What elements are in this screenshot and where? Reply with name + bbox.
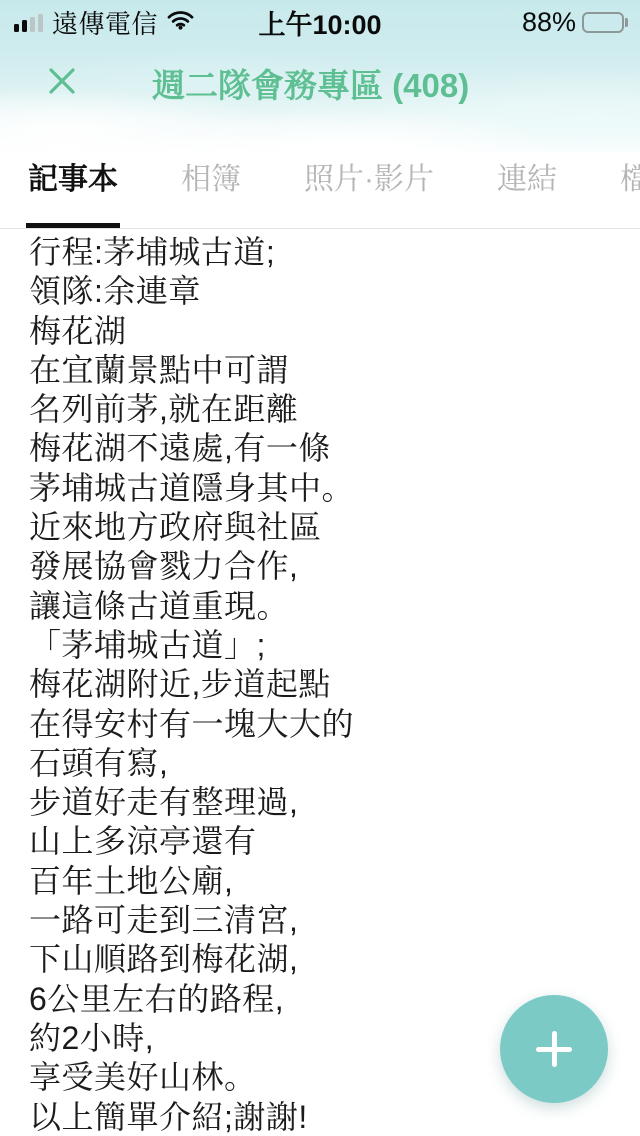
close-button[interactable] xyxy=(44,64,80,100)
line-notes-screen: 遠傳電信 上午10:00 88% xyxy=(0,0,640,1136)
note-line: 名列前茅,就在距離 xyxy=(29,390,622,429)
note-line: 讓這條古道重現。 xyxy=(29,587,622,626)
tab-photos-videos[interactable]: 照片·影片 xyxy=(302,154,436,228)
note-line: 在宜蘭景點中可謂 xyxy=(29,351,622,390)
note-line: 石頭有寫, xyxy=(29,744,622,783)
tab-albums[interactable]: 相簿 xyxy=(179,154,243,228)
note-line: 百年土地公廟, xyxy=(29,862,622,901)
page-title: 週二隊會務專區 (408) xyxy=(152,66,469,106)
note-line: 山上多涼亭還有 xyxy=(29,822,622,861)
status-bar: 遠傳電信 上午10:00 88% xyxy=(0,0,640,44)
note-line: 梅花湖不遠處,有一條 xyxy=(29,429,622,468)
nav-header: 週二隊會務專區 (408) xyxy=(0,44,640,150)
tab-notes[interactable]: 記事本 xyxy=(26,154,120,228)
create-note-fab[interactable] xyxy=(500,995,608,1103)
close-icon xyxy=(47,66,77,99)
note-line: 步道好走有整理過, xyxy=(29,783,622,822)
tab-bar: 記事本 相簿 照片·影片 連結 檔案 xyxy=(0,150,640,229)
note-line: 梅花湖附近,步道起點 xyxy=(29,665,622,704)
battery-icon xyxy=(582,12,628,33)
note-line: 茅埔城古道隱身其中。 xyxy=(29,469,622,508)
note-line: 「茅埔城古道」; xyxy=(29,626,622,665)
battery-percent-label: 88% xyxy=(522,7,576,38)
tab-links[interactable]: 連結 xyxy=(495,154,559,228)
status-right-group: 88% xyxy=(522,0,628,44)
note-line: 行程:茅埔城古道; xyxy=(29,233,622,272)
note-line: 一路可走到三清宮, xyxy=(29,901,622,940)
note-line: 領隊:余連章 xyxy=(29,272,622,311)
tab-files[interactable]: 檔案 xyxy=(618,154,640,228)
note-line: 近來地方政府與社區 xyxy=(29,508,622,547)
note-line: 在得安村有一塊大大的 xyxy=(29,705,622,744)
note-line: 梅花湖 xyxy=(29,312,622,351)
note-line: 下山順路到梅花湖, xyxy=(29,940,622,979)
note-line: 以上簡單介紹;謝謝! xyxy=(29,1098,622,1136)
note-line: 發展協會戮力合作, xyxy=(29,547,622,586)
plus-icon xyxy=(536,1031,572,1067)
